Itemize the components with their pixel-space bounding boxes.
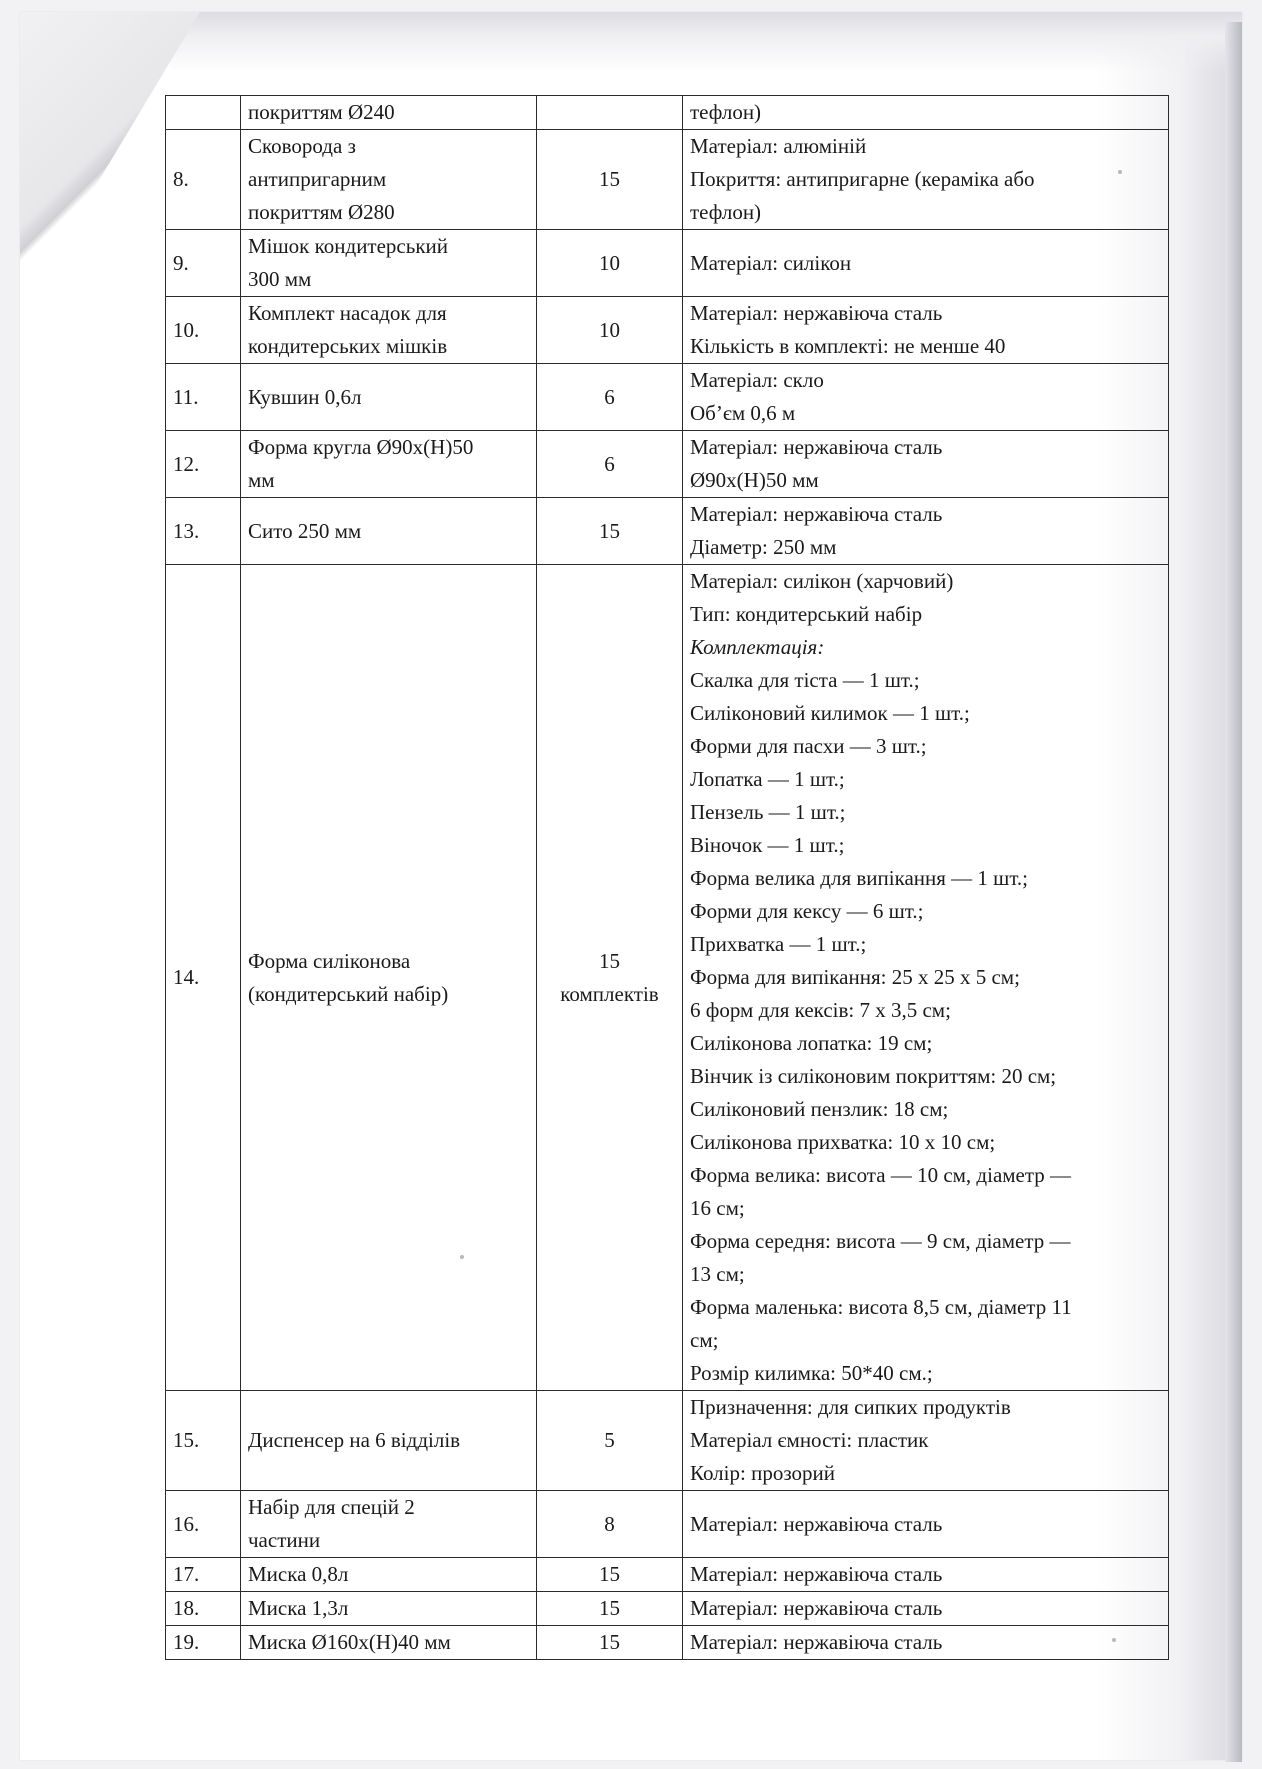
item-name-line: покриттям Ø240 [248,96,529,129]
specification-line: Силіконова лопатка: 19 см; [690,1027,1161,1060]
specification-line: Матеріал: нержавіюча сталь [690,297,1161,330]
item-name-cell: Форма кругла Ø90х(Н)50мм [241,431,537,498]
item-name-line: Набір для спецій 2 [248,1491,529,1524]
table-row: 19.Миска Ø160х(Н)40 мм15Матеріал: нержав… [166,1626,1169,1660]
table-row: 16.Набір для спецій 2частини8Матеріал: н… [166,1491,1169,1558]
row-number-cell: 16. [166,1491,241,1558]
row-number-cell: 12. [166,431,241,498]
specification-cell: тефлон) [683,96,1169,130]
scan-speck [460,1255,464,1259]
specification-line: Матеріал: скло [690,364,1161,397]
item-name-line: частини [248,1524,529,1557]
specification-cell: Матеріал: нержавіюча сталь [683,1626,1169,1660]
item-name-cell: Форма силіконова(кондитерський набір) [241,565,537,1391]
item-name-line: Миска Ø160х(Н)40 мм [248,1626,529,1659]
specification-line: Кількість в комплекті: не менше 40 [690,330,1161,363]
item-name-cell: Диспенсер на 6 відділів [241,1391,537,1491]
row-number-cell: 13. [166,498,241,565]
specification-line: Матеріал: нержавіюча сталь [690,498,1161,531]
quantity-line: 5 [544,1424,675,1457]
specification-line: Тип: кондитерський набір [690,598,1161,631]
quantity-cell: 15 [537,1558,683,1592]
quantity-cell: 15 [537,130,683,230]
table-row: 17.Миска 0,8л15Матеріал: нержавіюча стал… [166,1558,1169,1592]
item-name-line: Миска 1,3л [248,1592,529,1625]
specification-line: Віночок — 1 шт.; [690,829,1161,862]
specification-cell: Матеріал: нержавіюча стальØ90х(Н)50 мм [683,431,1169,498]
specification-cell: Матеріал: силікон [683,230,1169,297]
quantity-line: 6 [544,448,675,481]
table-row: 10.Комплект насадок длякондитерських міш… [166,297,1169,364]
item-name-line: Мішок кондитерський [248,230,529,263]
specification-line: Матеріал: алюміній [690,130,1161,163]
specification-cell: Матеріал: склоОб’єм 0,6 м [683,364,1169,431]
specification-line: Розмір килимка: 50*40 см.; [690,1357,1161,1390]
row-number-cell: 15. [166,1391,241,1491]
item-name-line: Форма силіконова [248,945,529,978]
specification-line: Форми для кексу — 6 шт.; [690,895,1161,928]
row-number-cell: 18. [166,1592,241,1626]
table-row: 11.Кувшин 0,6л6Матеріал: склоОб’єм 0,6 м [166,364,1169,431]
quantity-line: 8 [544,1508,675,1541]
item-name-line: (кондитерський набір) [248,978,529,1011]
row-number-cell [166,96,241,130]
specification-cell: Матеріал: нержавіюча стальДіаметр: 250 м… [683,498,1169,565]
row-number-cell: 8. [166,130,241,230]
specification-cell: Матеріал: нержавіюча сталь [683,1491,1169,1558]
quantity-cell: 15 [537,498,683,565]
item-name-cell: Сито 250 мм [241,498,537,565]
quantity-cell: 6 [537,364,683,431]
specification-line: Скалка для тіста — 1 шт.; [690,664,1161,697]
item-name-cell: Сковорода зантипригарнимпокриттям Ø280 [241,130,537,230]
item-name-cell: Миска 0,8л [241,1558,537,1592]
specification-line: Матеріал: силікон (харчовий) [690,565,1161,598]
specification-line: тефлон) [690,96,1161,129]
page-top-shadow [170,12,1242,72]
specification-line: Матеріал: нержавіюча сталь [690,1558,1161,1591]
specification-table: покриттям Ø240тефлон)8.Сковорода зантипр… [165,95,1169,1660]
quantity-cell: 15комплектів [537,565,683,1391]
specification-cell: Призначення: для сипких продуктівМатеріа… [683,1391,1169,1491]
table-row: 14.Форма силіконова(кондитерський набір)… [166,565,1169,1391]
specification-line: Силіконова прихватка: 10 х 10 см; [690,1126,1161,1159]
specification-line: Призначення: для сипких продуктів [690,1391,1161,1424]
item-name-line: Миска 0,8л [248,1558,529,1591]
item-name-cell: Миска Ø160х(Н)40 мм [241,1626,537,1660]
specification-line: Колір: прозорий [690,1457,1161,1490]
specification-line: Матеріал ємності: пластик [690,1424,1161,1457]
specification-line: Матеріал: нержавіюча сталь [690,431,1161,464]
item-name-line: Форма кругла Ø90х(Н)50 [248,431,529,464]
table-row: 18.Миска 1,3л15Матеріал: нержавіюча стал… [166,1592,1169,1626]
quantity-line: 15 [544,163,675,196]
table-row: 13.Сито 250 мм15Матеріал: нержавіюча ста… [166,498,1169,565]
specification-line: Вінчик із силіконовим покриттям: 20 см; [690,1060,1161,1093]
quantity-line: 6 [544,381,675,414]
specification-cell: Матеріал: алюмінійПокриття: антипригарне… [683,130,1169,230]
item-name-cell: Кувшин 0,6л [241,364,537,431]
quantity-line: комплектів [544,978,675,1011]
quantity-cell [537,96,683,130]
item-name-cell: Миска 1,3л [241,1592,537,1626]
quantity-cell: 15 [537,1592,683,1626]
quantity-line: 10 [544,314,675,347]
item-name-line: покриттям Ø280 [248,196,529,229]
table-row: покриттям Ø240тефлон) [166,96,1169,130]
specification-line: Форми для пасхи — 3 шт.; [690,730,1161,763]
row-number-cell: 9. [166,230,241,297]
quantity-line: 15 [544,515,675,548]
row-number-cell: 14. [166,565,241,1391]
item-name-line: Комплект насадок для [248,297,529,330]
specification-line: Форма для випікання: 25 х 25 х 5 см; [690,961,1161,994]
specification-line: тефлон) [690,196,1161,229]
specification-line: Матеріал: нержавіюча сталь [690,1592,1161,1625]
specification-line: Форма середня: висота — 9 см, діаметр — [690,1225,1161,1258]
specification-cell: Матеріал: силікон (харчовий)Тип: кондите… [683,565,1169,1391]
specification-line: Форма велика для випікання — 1 шт.; [690,862,1161,895]
row-number-cell: 17. [166,1558,241,1592]
specification-line: Форма маленька: висота 8,5 см, діаметр 1… [690,1291,1161,1324]
scan-speck [1112,1638,1116,1642]
quantity-line: 15 [544,1592,675,1625]
quantity-cell: 6 [537,431,683,498]
specification-line: Пензель — 1 шт.; [690,796,1161,829]
specification-line: Лопатка — 1 шт.; [690,763,1161,796]
item-name-line: Диспенсер на 6 відділів [248,1424,529,1457]
specification-line: Покриття: антипригарне (кераміка або [690,163,1161,196]
item-name-cell: Мішок кондитерський300 мм [241,230,537,297]
specification-line: 16 см; [690,1192,1161,1225]
quantity-line: 10 [544,247,675,280]
quantity-cell: 15 [537,1626,683,1660]
item-name-line: 300 мм [248,263,529,296]
item-name-line: антипригарним [248,163,529,196]
item-name-line: Кувшин 0,6л [248,381,529,414]
quantity-cell: 8 [537,1491,683,1558]
specification-line: Силіконовий пензлик: 18 см; [690,1093,1161,1126]
item-name-line: Сковорода з [248,130,529,163]
item-name-cell: покриттям Ø240 [241,96,537,130]
table-row: 12.Форма кругла Ø90х(Н)50мм6Матеріал: не… [166,431,1169,498]
specification-line: Матеріал: силікон [690,247,1161,280]
specification-line: 13 см; [690,1258,1161,1291]
specification-line: Діаметр: 250 мм [690,531,1161,564]
specification-line: Об’єм 0,6 м [690,397,1161,430]
quantity-line: 15 [544,1626,675,1659]
specification-cell: Матеріал: нержавіюча сталь [683,1558,1169,1592]
specification-line: Ø90х(Н)50 мм [690,464,1161,497]
row-number-cell: 19. [166,1626,241,1660]
scan-speck [1118,170,1122,174]
quantity-cell: 5 [537,1391,683,1491]
quantity-cell: 10 [537,297,683,364]
page-edge-shadow [1225,22,1242,1762]
item-name-line: Сито 250 мм [248,515,529,548]
row-number-cell: 10. [166,297,241,364]
quantity-cell: 10 [537,230,683,297]
item-name-line: мм [248,464,529,497]
specification-line: см; [690,1324,1161,1357]
specification-subheading: Комплектація: [690,631,1161,664]
item-name-cell: Набір для спецій 2частини [241,1491,537,1558]
specification-line: Матеріал: нержавіюча сталь [690,1508,1161,1541]
item-name-line: кондитерських мішків [248,330,529,363]
specification-line: Форма велика: висота — 10 см, діаметр — [690,1159,1161,1192]
table-row: 9.Мішок кондитерський300 мм10Матеріал: с… [166,230,1169,297]
specification-line: 6 форм для кексів: 7 х 3,5 см; [690,994,1161,1027]
quantity-line: 15 [544,945,675,978]
table-row: 8.Сковорода зантипригарнимпокриттям Ø280… [166,130,1169,230]
specification-cell: Матеріал: нержавіюча сталь [683,1592,1169,1626]
item-name-cell: Комплект насадок длякондитерських мішків [241,297,537,364]
table-row: 15.Диспенсер на 6 відділів5Призначення: … [166,1391,1169,1491]
quantity-line: 15 [544,1558,675,1591]
specification-cell: Матеріал: нержавіюча стальКількість в ко… [683,297,1169,364]
specification-line: Прихватка — 1 шт.; [690,928,1161,961]
row-number-cell: 11. [166,364,241,431]
specification-line: Силіконовий килимок — 1 шт.; [690,697,1161,730]
specification-line: Матеріал: нержавіюча сталь [690,1626,1161,1659]
specification-table-body: покриттям Ø240тефлон)8.Сковорода зантипр… [166,96,1169,1660]
